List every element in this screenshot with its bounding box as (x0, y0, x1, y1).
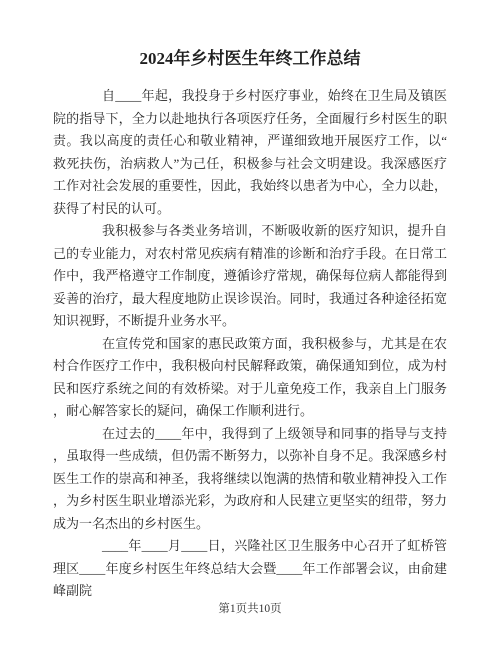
document-title: 2024年乡村医生年终工作总结 (0, 46, 500, 72)
body-paragraph: 我积极参与各类业务培训，不断吸收新的医疗知识，提升自己的专业能力，对农村常见疾病… (53, 220, 447, 333)
body-paragraph: ____年____月____日，兴隆社区卫生服务中心召开了虹桥管理区____年度… (53, 535, 447, 603)
body-paragraph: 在过去的____年中，我得到了上级领导和同事的指导与支持，虽取得一些成绩，但仍需… (53, 423, 447, 536)
body-paragraph: 自____年起，我投身于乡村医疗事业，始终在卫生局及镇医院的指导下，全力以赴地执… (53, 85, 447, 220)
document-page: 2024年乡村医生年终工作总结 自____年起，我投身于乡村医疗事业，始终在卫生… (0, 0, 500, 647)
document-body: 自____年起，我投身于乡村医疗事业，始终在卫生局及镇医院的指导下，全力以赴地执… (53, 85, 447, 603)
page-number-footer: 第1页共10页 (0, 601, 500, 617)
body-paragraph: 在宣传党和国家的惠民政策方面，我积极参与，尤其是在农村合作医疗工作中，我积极向村… (53, 333, 447, 423)
